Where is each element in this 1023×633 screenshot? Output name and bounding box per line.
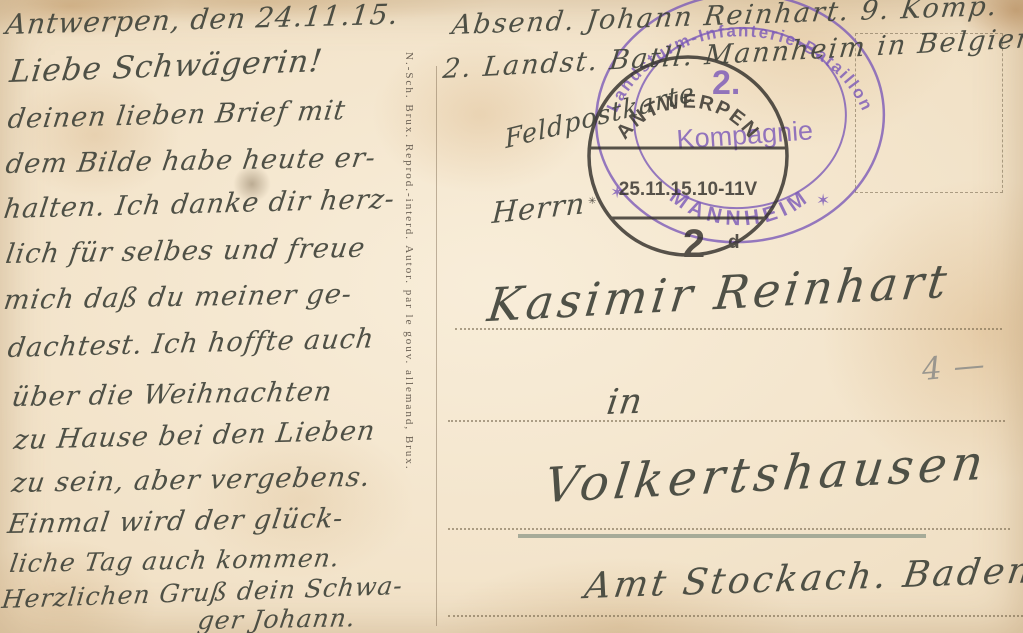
address-town: Volkertshausen [542, 435, 992, 515]
address-district: Amt Stockach. Baden. [582, 550, 1023, 607]
message-line: dem Bilde habe heute er- [4, 143, 378, 181]
address-preposition: in [604, 382, 645, 423]
message-line: zu sein, aber vergebens. [10, 462, 373, 499]
printer-imprint: N.-Sch. Brux. Reprod.-interd. Autor. par… [403, 52, 415, 564]
message-line: lich für selbes und freue [4, 233, 368, 270]
message-line: Einmal wird der glück- [6, 503, 346, 540]
address-underline [518, 534, 926, 538]
address-rule-3 [448, 528, 1010, 530]
message-line: halten. Ich danke dir herz- [2, 184, 397, 225]
postmark-index-letter: d [728, 232, 740, 253]
message-dateline: Antwerpen, den 24.11.15. [4, 0, 400, 41]
message-line: liche Tag auch kommen. [8, 543, 342, 578]
postmark-datetime: 25.11.15.10-11V [619, 179, 758, 200]
message-line: Liebe Schwägerin! [8, 43, 325, 90]
message-line: mich daß du meiner ge- [2, 279, 354, 316]
card-divider-line [436, 66, 437, 626]
message-line: zu Hause bei den Lieben [12, 415, 378, 456]
address-rule-2 [448, 420, 1005, 422]
address-rule-4 [448, 615, 1023, 617]
feldpost-postcard-back: Antwerpen, den 24.11.15. Liebe Schwägeri… [0, 0, 1023, 633]
postmark-index-number: 2 [683, 222, 705, 264]
message-line: über die Weihnachten [10, 376, 335, 413]
address-salutation: Herrn [491, 186, 586, 230]
postmark-edge-mark: ✳ [588, 196, 596, 207]
pencil-annotation: 4 — [920, 347, 986, 388]
address-name: Kasimir Reinhart [485, 254, 954, 333]
message-line: deinen lieben Brief mit [6, 95, 348, 135]
message-signature: ger Johann. [196, 603, 358, 633]
message-line: dachtest. Ich hoffte auch [6, 323, 376, 364]
censor-star-right: ✶ [816, 191, 830, 210]
